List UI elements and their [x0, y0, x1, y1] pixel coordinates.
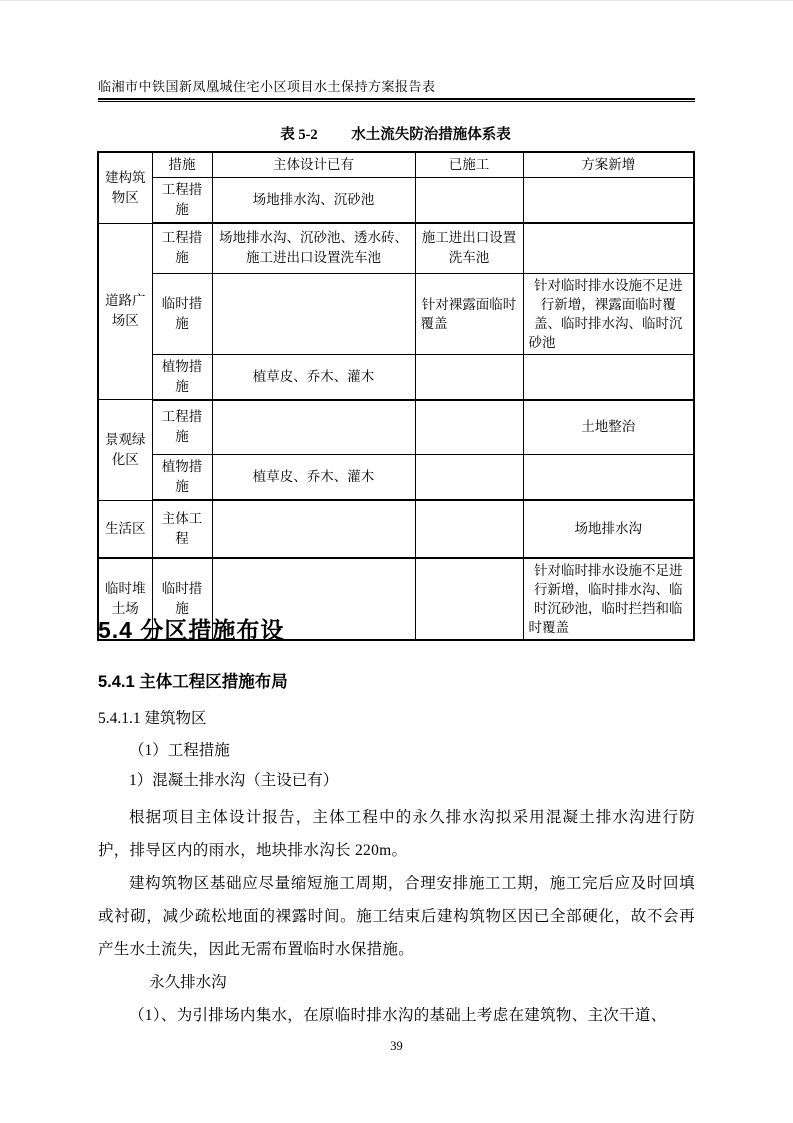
- section-heading-5-4: 5.4 分区措施布设: [98, 615, 695, 645]
- existing-cell: [212, 500, 415, 558]
- table-row: 工程措施 场地排水沟、沉砂池: [98, 178, 694, 224]
- paragraph-design-report: 根据项目主体设计报告，主体工程中的永久排水沟拟采用混凝土排水沟进行防护，排导区内…: [98, 801, 695, 867]
- region-cell-building: 建构筑物区: [98, 152, 152, 223]
- new-cell: 场地排水沟: [523, 500, 694, 558]
- built-cell: [415, 354, 523, 400]
- table-row: 生活区 主体工程 场地排水沟: [98, 500, 694, 558]
- section-heading-5-4-1: 5.4.1 主体工程区措施布局: [98, 671, 695, 693]
- line-permanent-drain: 永久排水沟: [98, 966, 695, 999]
- measure-type-cell: 植物措施: [152, 455, 212, 501]
- running-header: 临湘市中铁国新凤凰城住宅小区项目水土保持方案报告表: [98, 79, 695, 102]
- measure-type-cell: 工程措施: [152, 223, 212, 273]
- table-row: 植物措施 植草皮、乔木、灌木: [98, 354, 694, 400]
- col-header-existing: 主体设计已有: [212, 152, 415, 178]
- measure-type-cell: 临时措施: [152, 273, 212, 354]
- measures-table: 建构筑物区 措施 主体设计已有 已施工 方案新增 工程措施 场地排水沟、沉砂池 …: [97, 151, 695, 641]
- existing-cell: 场地排水沟、沉砂池、透水砖、施工进出口设置洗车池: [212, 223, 415, 273]
- new-cell: 针对临时排水设施不足进行新增，裸露面临时覆盖、临时排水沟、临时沉砂池: [523, 273, 694, 354]
- built-cell: 施工进出口设置洗车池: [415, 223, 523, 273]
- built-cell: [415, 500, 523, 558]
- built-cell: [415, 400, 523, 455]
- region-cell-road: 道路广场区: [98, 223, 152, 400]
- measure-type-cell: 植物措施: [152, 354, 212, 400]
- built-cell: [415, 455, 523, 501]
- table-row: 景观绿化区 工程措施 土地整治: [98, 400, 694, 455]
- table-caption: 表 5-2 水土流失防治措施体系表: [97, 123, 694, 144]
- section-content: 5.4 分区措施布设 5.4.1 主体工程区措施布局 5.4.1.1 建筑物区 …: [98, 615, 695, 1032]
- region-cell-living: 生活区: [98, 500, 152, 558]
- header-rule-thin: [98, 101, 695, 102]
- existing-cell: [212, 400, 415, 455]
- list-item-engineering-measures: （1）工程措施: [98, 741, 695, 761]
- existing-cell: 场地排水沟、沉砂池: [212, 178, 415, 224]
- paragraph-site-drainage: （1）、为引排场内集水，在原临时排水沟的基础上考虑在建筑物、主次干道、: [98, 999, 695, 1032]
- existing-cell: 植草皮、乔木、灌木: [212, 354, 415, 400]
- table-row: 临时措施 针对裸露面临时覆盖 针对临时排水设施不足进行新增，裸露面临时覆盖、临时…: [98, 273, 694, 354]
- col-header-new: 方案新增: [523, 152, 694, 178]
- document-page: 临湘市中铁国新凤凰城住宅小区项目水土保持方案报告表 表 5-2 水土流失防治措施…: [0, 0, 793, 1123]
- existing-cell: [212, 273, 415, 354]
- table-row: 道路广场区 工程措施 场地排水沟、沉砂池、透水砖、施工进出口设置洗车池 施工进出…: [98, 223, 694, 273]
- header-rule-thick: [98, 98, 695, 100]
- running-header-title: 临湘市中铁国新凤凰城住宅小区项目水土保持方案报告表: [98, 79, 695, 95]
- table-header-row: 建构筑物区 措施 主体设计已有 已施工 方案新增: [98, 152, 694, 178]
- measures-table-block: 表 5-2 水土流失防治措施体系表 建构筑物区 措施 主体设计已有 已施工 方案…: [97, 123, 694, 641]
- region-cell-landscape: 景观绿化区: [98, 400, 152, 501]
- col-header-measure: 措施: [152, 152, 212, 178]
- built-cell: [415, 178, 523, 224]
- existing-cell: 植草皮、乔木、灌木: [212, 455, 415, 501]
- table-caption-label: 表 5-2: [280, 127, 317, 143]
- table-row: 植物措施 植草皮、乔木、灌木: [98, 455, 694, 501]
- built-cell: 针对裸露面临时覆盖: [415, 273, 523, 354]
- list-item-concrete-drain: 1）混凝土排水沟（主设已有）: [98, 771, 695, 791]
- new-cell: [523, 178, 694, 224]
- col-header-built: 已施工: [415, 152, 523, 178]
- measure-type-cell: 主体工程: [152, 500, 212, 558]
- table-caption-title: 水土流失防治措施体系表: [351, 127, 511, 143]
- paragraph-construction-period: 建构筑物区基础应尽量缩短施工周期，合理安排施工工期，施工完后应及时回填或衬砌，减…: [98, 867, 695, 966]
- measure-type-cell: 工程措施: [152, 178, 212, 224]
- measure-type-cell: 工程措施: [152, 400, 212, 455]
- page-number: 39: [0, 1039, 793, 1054]
- new-cell: [523, 354, 694, 400]
- new-cell: 土地整治: [523, 400, 694, 455]
- new-cell: [523, 455, 694, 501]
- new-cell: [523, 223, 694, 273]
- section-heading-5-4-1-1: 5.4.1.1 建筑物区: [98, 708, 695, 730]
